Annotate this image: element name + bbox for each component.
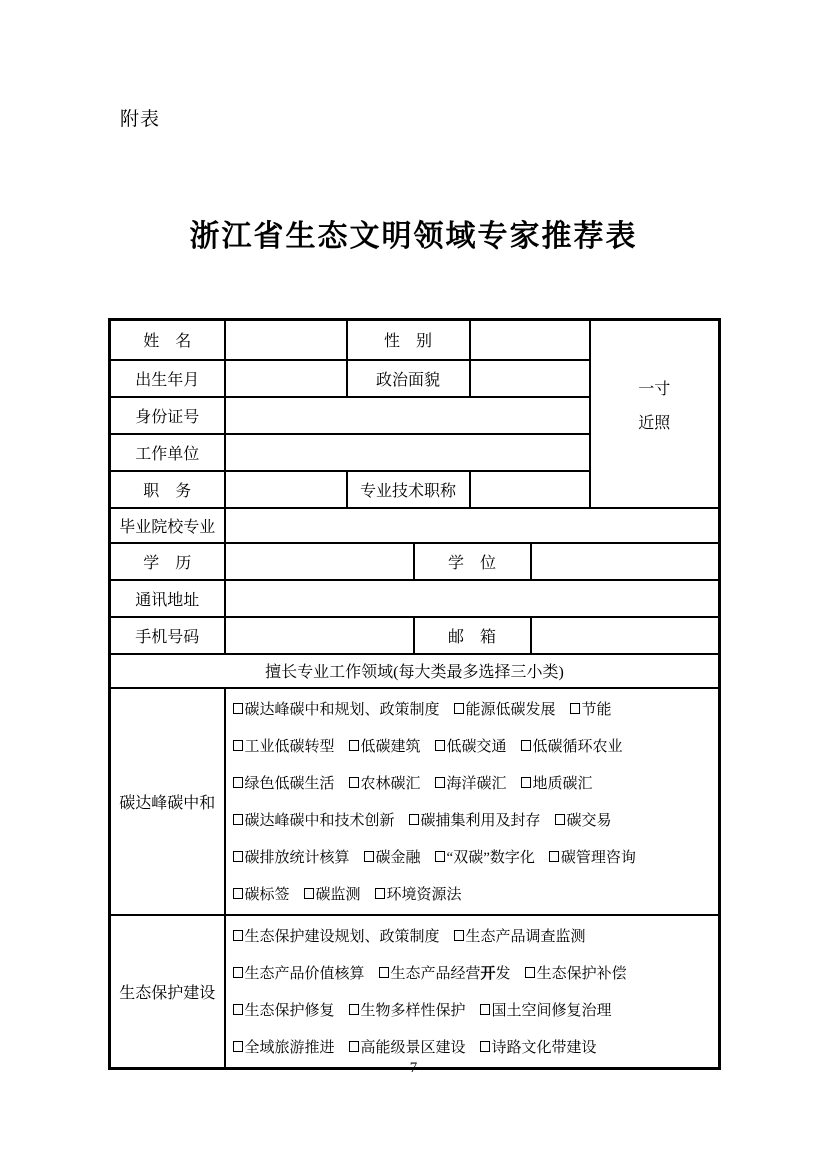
checkbox-option[interactable]: 地质碳汇 xyxy=(521,776,593,792)
checkbox-icon[interactable] xyxy=(233,930,243,941)
checkbox-option[interactable]: 碳管理咨询 xyxy=(549,850,636,866)
checkbox-option[interactable]: 生态产品价值核算 xyxy=(233,966,365,982)
checkbox-option[interactable]: 高能级景区建设 xyxy=(349,1040,466,1056)
checkbox-icon[interactable] xyxy=(375,888,385,899)
checkbox-option[interactable]: 碳交易 xyxy=(555,813,612,829)
field-value-email[interactable] xyxy=(531,617,720,654)
field-label-school-major: 毕业院校专业 xyxy=(110,508,225,543)
checkbox-label: 诗路文化带建设 xyxy=(492,1040,597,1056)
checkbox-option[interactable]: 碳标签 xyxy=(233,887,290,903)
checkbox-label: 生态产品经营开发 xyxy=(391,966,511,982)
checkbox-icon[interactable] xyxy=(555,814,565,825)
field-value-education[interactable] xyxy=(225,543,414,580)
field-value-mailing-address[interactable] xyxy=(225,580,720,617)
checkbox-option[interactable]: 生态保护修复 xyxy=(233,1003,335,1019)
field-label-political-status: 政治面貌 xyxy=(347,360,470,397)
photo-placeholder-line2: 近照 xyxy=(591,407,719,441)
checkbox-label: 低碳循环农业 xyxy=(533,739,623,755)
field-value-degree[interactable] xyxy=(531,543,720,580)
category-name-carbon: 碳达峰碳中和 xyxy=(110,688,225,915)
field-value-work-unit[interactable] xyxy=(225,434,590,471)
checkbox-icon[interactable] xyxy=(349,1041,359,1052)
expertise-section-header: 擅长专业工作领域(每大类最多选择三小类) xyxy=(110,654,720,688)
checkbox-label: 绿色低碳生活 xyxy=(245,776,335,792)
document-page: 附表 浙江省生态文明领域专家推荐表 姓 名 性 别 一寸 近照 出生年月 政治面… xyxy=(0,0,827,1169)
checkbox-icon[interactable] xyxy=(480,1041,490,1052)
category-name-eco: 生态保护建设 xyxy=(110,915,225,1069)
checkbox-icon[interactable] xyxy=(233,1041,243,1052)
checkbox-label: 碳金融 xyxy=(376,850,421,866)
checkbox-line: 碳标签碳监测环境资源法 xyxy=(233,877,715,914)
field-label-id-number: 身份证号 xyxy=(110,397,225,434)
checkbox-line: 碳达峰碳中和规划、政策制度能源低碳发展节能 xyxy=(233,692,715,729)
field-label-gender: 性 别 xyxy=(347,320,470,360)
category-options-eco: 生态保护建设规划、政策制度生态产品调查监测生态产品价值核算生态产品经营开发生态保… xyxy=(225,915,720,1069)
checkbox-label: 高能级景区建设 xyxy=(361,1040,466,1056)
checkbox-icon[interactable] xyxy=(349,777,359,788)
checkbox-label: 低碳建筑 xyxy=(361,739,421,755)
checkbox-line: 碳排放统计核算碳金融“双碳”数字化碳管理咨询 xyxy=(233,840,715,877)
field-label-name: 姓 名 xyxy=(110,320,225,360)
attachment-label: 附表 xyxy=(120,104,160,131)
field-value-id-number[interactable] xyxy=(225,397,590,434)
checkbox-option[interactable]: 低碳循环农业 xyxy=(521,739,623,755)
field-value-professional-title[interactable] xyxy=(470,471,590,508)
field-label-degree: 学 位 xyxy=(414,543,531,580)
field-label-birth-date: 出生年月 xyxy=(110,360,225,397)
checkbox-icon[interactable] xyxy=(549,851,559,862)
checkbox-option[interactable]: 节能 xyxy=(570,702,612,718)
checkbox-label: 工业低碳转型 xyxy=(245,739,335,755)
checkbox-label: 碳标签 xyxy=(245,887,290,903)
checkbox-label: 低碳交通 xyxy=(447,739,507,755)
checkbox-option[interactable]: 碳达峰碳中和技术创新 xyxy=(233,813,395,829)
checkbox-label: 生态保护修复 xyxy=(245,1003,335,1019)
checkbox-label: 环境资源法 xyxy=(387,887,462,903)
checkbox-label: 海洋碳汇 xyxy=(447,776,507,792)
checkbox-icon[interactable] xyxy=(521,740,531,751)
field-value-name[interactable] xyxy=(225,320,347,360)
photo-placeholder-line1: 一寸 xyxy=(591,373,719,407)
checkbox-icon[interactable] xyxy=(521,777,531,788)
checkbox-option[interactable]: 海洋碳汇 xyxy=(435,776,507,792)
checkbox-label: “双碳”数字化 xyxy=(447,850,535,866)
checkbox-label: 地质碳汇 xyxy=(533,776,593,792)
checkbox-option[interactable]: 碳监测 xyxy=(304,887,361,903)
checkbox-option[interactable]: 诗路文化带建设 xyxy=(480,1040,597,1056)
checkbox-label: 生态产品价值核算 xyxy=(245,966,365,982)
checkbox-option[interactable]: 农林碳汇 xyxy=(349,776,421,792)
checkbox-icon[interactable] xyxy=(454,930,464,941)
checkbox-option[interactable]: 生物多样性保护 xyxy=(349,1003,466,1019)
checkbox-icon[interactable] xyxy=(480,1004,490,1015)
checkbox-label: 生物多样性保护 xyxy=(361,1003,466,1019)
checkbox-label: 全域旅游推进 xyxy=(245,1040,335,1056)
checkbox-label: 碳排放统计核算 xyxy=(245,850,350,866)
checkbox-option[interactable]: 碳排放统计核算 xyxy=(233,850,350,866)
checkbox-label: 碳交易 xyxy=(567,813,612,829)
checkbox-icon[interactable] xyxy=(233,967,243,978)
checkbox-line: 工业低碳转型低碳建筑低碳交通低碳循环农业 xyxy=(233,729,715,766)
checkbox-label: 农林碳汇 xyxy=(361,776,421,792)
checkbox-icon[interactable] xyxy=(454,703,464,714)
checkbox-line: 绿色低碳生活农林碳汇海洋碳汇地质碳汇 xyxy=(233,766,715,803)
checkbox-option[interactable]: 绿色低碳生活 xyxy=(233,776,335,792)
field-label-mobile: 手机号码 xyxy=(110,617,225,654)
page-title: 浙江省生态文明领域专家推荐表 xyxy=(0,211,827,255)
checkbox-icon[interactable] xyxy=(233,740,243,751)
checkbox-option[interactable]: 碳捕集利用及封存 xyxy=(409,813,541,829)
checkbox-label: 能源低碳发展 xyxy=(466,702,556,718)
field-label-email: 邮 箱 xyxy=(414,617,531,654)
field-label-mailing-address: 通讯地址 xyxy=(110,580,225,617)
checkbox-label: 生态保护补偿 xyxy=(537,966,627,982)
checkbox-option[interactable]: 生态保护补偿 xyxy=(525,966,627,982)
checkbox-line: 生态保护修复生物多样性保护国土空间修复治理 xyxy=(233,993,715,1030)
checkbox-label: 碳监测 xyxy=(316,887,361,903)
checkbox-icon[interactable] xyxy=(570,703,580,714)
checkbox-icon[interactable] xyxy=(435,740,445,751)
checkbox-option[interactable]: 低碳建筑 xyxy=(349,739,421,755)
checkbox-option[interactable]: 国土空间修复治理 xyxy=(480,1003,612,1019)
checkbox-label: 碳管理咨询 xyxy=(561,850,636,866)
checkbox-option[interactable]: 环境资源法 xyxy=(375,887,462,903)
field-value-position[interactable] xyxy=(225,471,347,508)
checkbox-label: 碳达峰碳中和规划、政策制度 xyxy=(245,702,440,718)
checkbox-line: 生态保护建设规划、政策制度生态产品调查监测 xyxy=(233,919,715,956)
checkbox-label: 生态产品调查监测 xyxy=(466,929,586,945)
checkbox-option[interactable]: 生态保护建设规划、政策制度 xyxy=(233,929,440,945)
checkbox-option[interactable]: 全域旅游推进 xyxy=(233,1040,335,1056)
checkbox-option[interactable]: 碳达峰碳中和规划、政策制度 xyxy=(233,702,440,718)
checkbox-line: 生态产品价值核算生态产品经营开发生态保护补偿 xyxy=(233,956,715,993)
checkbox-icon[interactable] xyxy=(233,814,243,825)
checkbox-option[interactable]: 能源低碳发展 xyxy=(454,702,556,718)
checkbox-icon[interactable] xyxy=(409,814,419,825)
field-value-birth-date[interactable] xyxy=(225,360,347,397)
checkbox-option[interactable]: “双碳”数字化 xyxy=(435,850,535,866)
field-label-education: 学 历 xyxy=(110,543,225,580)
checkbox-icon[interactable] xyxy=(233,777,243,788)
checkbox-icon[interactable] xyxy=(233,888,243,899)
checkbox-label: 生态保护建设规划、政策制度 xyxy=(245,929,440,945)
field-label-position: 职 务 xyxy=(110,471,225,508)
checkbox-icon[interactable] xyxy=(435,851,445,862)
checkbox-icon[interactable] xyxy=(435,777,445,788)
field-value-school-major[interactable] xyxy=(225,508,720,543)
checkbox-icon[interactable] xyxy=(233,851,243,862)
checkbox-icon[interactable] xyxy=(349,740,359,751)
checkbox-option[interactable]: 低碳交通 xyxy=(435,739,507,755)
field-label-work-unit: 工作单位 xyxy=(110,434,225,471)
checkbox-line: 碳达峰碳中和技术创新碳捕集利用及封存碳交易 xyxy=(233,803,715,840)
checkbox-label: 节能 xyxy=(582,702,612,718)
checkbox-option[interactable]: 生态产品经营开发 xyxy=(379,966,511,982)
field-value-mobile[interactable] xyxy=(225,617,414,654)
photo-placeholder-cell[interactable]: 一寸 近照 xyxy=(590,320,720,508)
checkbox-option[interactable]: 碳金融 xyxy=(364,850,421,866)
checkbox-label: 碳捕集利用及封存 xyxy=(421,813,541,829)
checkbox-icon[interactable] xyxy=(233,1004,243,1015)
checkbox-icon[interactable] xyxy=(379,967,389,978)
checkbox-option[interactable]: 生态产品调查监测 xyxy=(454,929,586,945)
checkbox-icon[interactable] xyxy=(364,851,374,862)
checkbox-icon[interactable] xyxy=(525,967,535,978)
field-value-gender[interactable] xyxy=(470,320,590,360)
category-options-carbon: 碳达峰碳中和规划、政策制度能源低碳发展节能工业低碳转型低碳建筑低碳交通低碳循环农… xyxy=(225,688,720,915)
checkbox-label: 国土空间修复治理 xyxy=(492,1003,612,1019)
field-label-professional-title: 专业技术职称 xyxy=(347,471,470,508)
checkbox-label: 碳达峰碳中和技术创新 xyxy=(245,813,395,829)
recommendation-form-table: 姓 名 性 别 一寸 近照 出生年月 政治面貌 身份证号 工作单位 xyxy=(108,318,721,1070)
page-number: 7 xyxy=(0,1060,827,1077)
checkbox-icon[interactable] xyxy=(304,888,314,899)
checkbox-icon[interactable] xyxy=(233,703,243,714)
checkbox-option[interactable]: 工业低碳转型 xyxy=(233,739,335,755)
checkbox-icon[interactable] xyxy=(349,1004,359,1015)
field-value-political-status[interactable] xyxy=(470,360,590,397)
